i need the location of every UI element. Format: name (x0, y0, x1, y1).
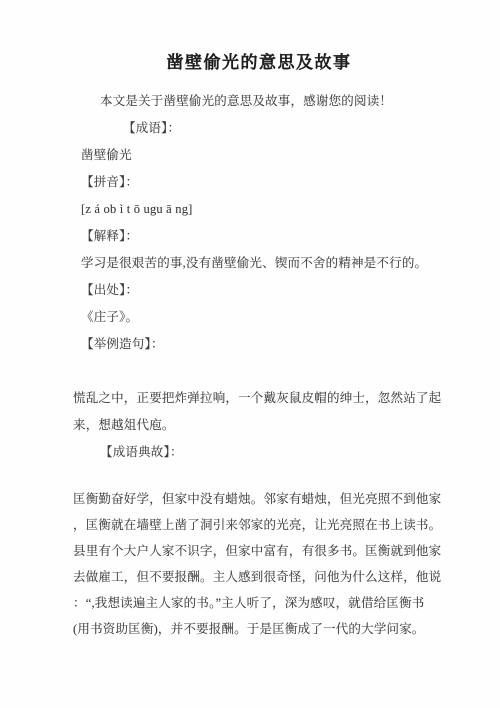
story-paragraph: 匡衡勤奋好学，但家中没有蜡烛。邻家有蜡烛，但光亮照不到他家 ，匡衡就在墙壁上凿了… (73, 486, 445, 642)
document-body: 凿壁偷光的意思及故事 本文是关于凿壁偷光的意思及故事，感谢您的阅读！ 【成语】：… (73, 50, 445, 642)
example-line-1: 慌乱之中，正要把炸弹拉响，一个戴灰鼠皮帽的绅士，忽然站了起 (73, 385, 445, 412)
blank-line (73, 358, 445, 385)
pinyin-value: [z á ob ì t ō ugu ā ng] (73, 196, 445, 223)
document-page: 凿壁偷光的意思及故事 本文是关于凿壁偷光的意思及故事，感谢您的阅读！ 【成语】：… (0, 0, 500, 708)
example-line-2: 来，想越俎代庖。 (73, 412, 445, 439)
story-line-2: ，匡衡就在墙壁上凿了洞引来邻家的光亮，让光亮照在书上读书。 (73, 512, 445, 538)
story-line-4: 去做雇工，但不要报酬。主人感到很奇怪，问他为什么这样，他说 (73, 564, 445, 590)
pinyin-label: 【拼音】： (73, 169, 445, 196)
story-line-3: 县里有个大户人家不识字，但家中富有，有很多书。匡衡就到他家 (73, 538, 445, 564)
story-line-1: 匡衡勤奋好学，但家中没有蜡烛。邻家有蜡烛，但光亮照不到他家 (73, 486, 445, 512)
idiom-value: 凿壁偷光 (73, 142, 445, 169)
blank-line (73, 466, 445, 486)
source-text: 《庄子》。 (73, 304, 445, 331)
source-label: 【出处】： (73, 277, 445, 304)
story-line-5: ：“,我想读遍主人家的书。”主人听了，深为感叹，就借给匡衡书 (73, 590, 445, 616)
story-line-6: (用书资助匡衡)，并不要报酬。于是匡衡成了一代的大学问家。 (73, 616, 445, 642)
example-label: 【举例造句】： (73, 331, 445, 358)
intro-line: 本文是关于凿壁偷光的意思及故事，感谢您的阅读！ (73, 88, 445, 115)
idiom-label: 【成语】： (73, 115, 445, 142)
explanation-text: 学习是很艰苦的事,没有凿壁偷光、锲而不舍的精神是不行的。 (73, 250, 445, 277)
doc-title: 凿壁偷光的意思及故事 (73, 50, 445, 76)
explanation-label: 【解释】： (73, 223, 445, 250)
story-label: 【成语典故】： (73, 439, 445, 466)
